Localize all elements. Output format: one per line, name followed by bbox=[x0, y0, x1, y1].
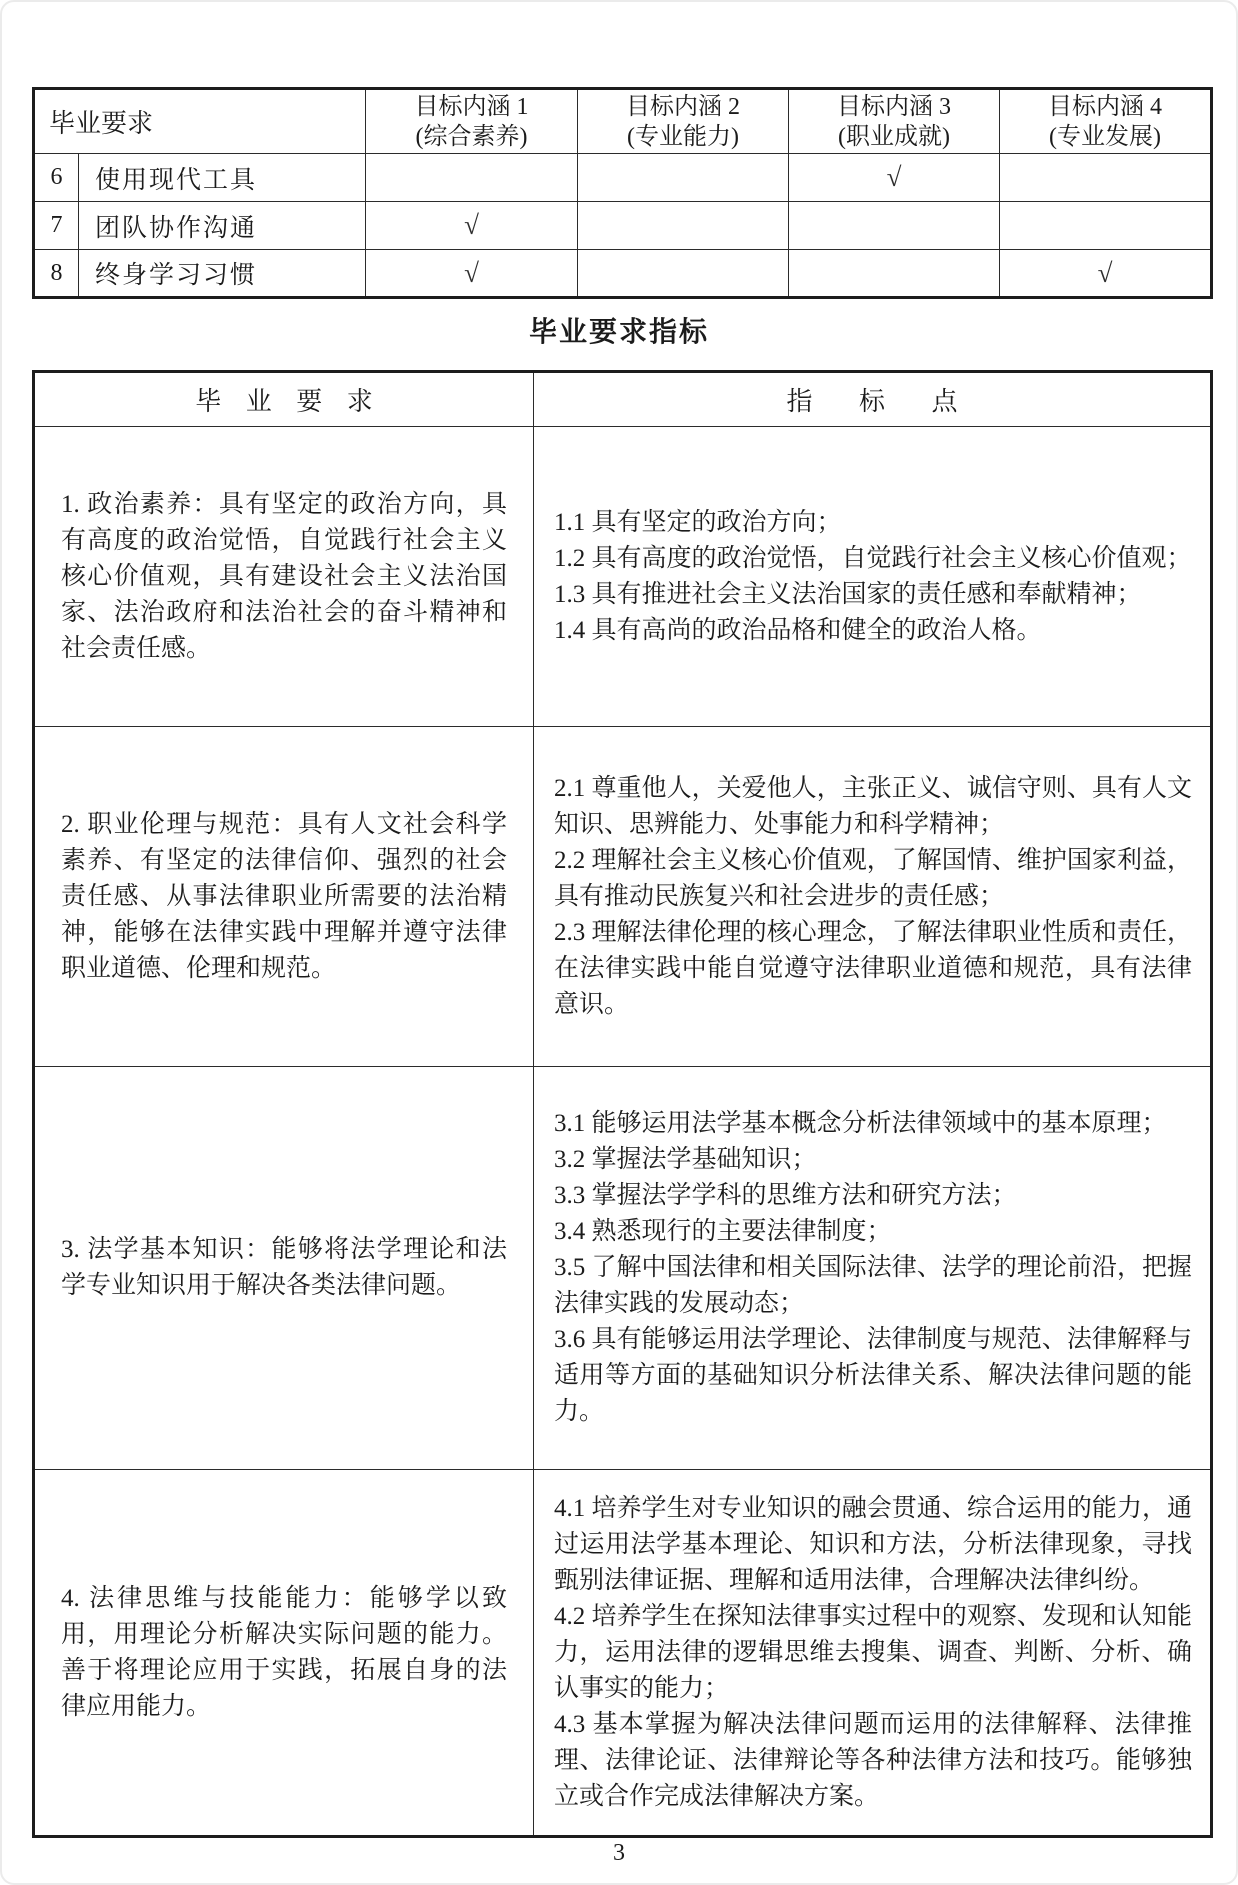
row-number: 8 bbox=[34, 250, 79, 298]
table-row: 4. 法律思维与技能能力：能够学以致用，用理论分析解决实际问题的能力。善于将理论… bbox=[34, 1470, 1212, 1837]
check-cell bbox=[1000, 154, 1212, 202]
requirement-label: 终身学习习惯 bbox=[79, 250, 366, 298]
matrix-row-8: 8 终身学习习惯 √ √ bbox=[34, 250, 1212, 298]
check-cell: √ bbox=[366, 250, 578, 298]
indicator-points: 2.1 尊重他人，关爱他人，主张正义、诚信守则、具有人文知识、思辨能力、处事能力… bbox=[534, 727, 1212, 1067]
goal-title: 目标内涵 3 bbox=[789, 92, 999, 122]
header-requirement: 毕 业 要 求 bbox=[34, 372, 534, 427]
matrix-header-row: 毕业要求 目标内涵 1 (综合素养) 目标内涵 2 (专业能力) 目标内涵 3 … bbox=[34, 89, 1212, 154]
check-cell bbox=[366, 154, 578, 202]
requirement-text: 2. 职业伦理与规范：具有人文社会科学素养、有坚定的法律信仰、强烈的社会责任感、… bbox=[34, 727, 534, 1067]
requirement-text: 1. 政治素养：具有坚定的政治方向，具有高度的政治觉悟，自觉践行社会主义核心价值… bbox=[34, 427, 534, 727]
indicator-item: 3.3 掌握法学学科的思维方法和研究方法； bbox=[554, 1178, 1192, 1214]
section-title: 毕业要求指标 bbox=[2, 310, 1236, 350]
goal-subtitle: (职业成就) bbox=[789, 122, 999, 152]
indicator-header-row: 毕 业 要 求 指 标 点 bbox=[34, 372, 1212, 427]
table-row: 1. 政治素养：具有坚定的政治方向，具有高度的政治觉悟，自觉践行社会主义核心价值… bbox=[34, 427, 1212, 727]
graduation-requirements-matrix-table: 毕业要求 目标内涵 1 (综合素养) 目标内涵 2 (专业能力) 目标内涵 3 … bbox=[32, 87, 1213, 299]
indicator-item: 3.1 能够运用法学基本概念分析法律领域中的基本原理； bbox=[554, 1106, 1192, 1142]
indicator-points: 1.1 具有坚定的政治方向； 1.2 具有高度的政治觉悟，自觉践行社会主义核心价… bbox=[534, 427, 1212, 727]
goal-header-4: 目标内涵 4 (专业发展) bbox=[1000, 89, 1212, 154]
requirement-label: 使用现代工具 bbox=[79, 154, 366, 202]
matrix-corner-cell: 毕业要求 bbox=[34, 89, 366, 154]
check-cell bbox=[578, 154, 789, 202]
goal-subtitle: (专业能力) bbox=[578, 122, 788, 152]
graduation-indicator-table: 毕 业 要 求 指 标 点 1. 政治素养：具有坚定的政治方向，具有高度的政治觉… bbox=[32, 370, 1213, 1838]
goal-subtitle: (综合素养) bbox=[366, 122, 577, 152]
matrix-row-7: 7 团队协作沟通 √ bbox=[34, 202, 1212, 250]
indicator-item: 3.4 熟悉现行的主要法律制度； bbox=[554, 1214, 1192, 1250]
indicator-item: 2.2 理解社会主义核心价值观，了解国情、维护国家利益，具有推动民族复兴和社会进… bbox=[554, 843, 1192, 915]
indicator-item: 1.1 具有坚定的政治方向； bbox=[554, 505, 1192, 541]
indicator-item: 4.2 培养学生在探知法律事实过程中的观察、发现和认知能力，运用法律的逻辑思维去… bbox=[554, 1599, 1192, 1707]
row-number: 6 bbox=[34, 154, 79, 202]
indicator-item: 1.2 具有高度的政治觉悟，自觉践行社会主义核心价值观； bbox=[554, 541, 1192, 577]
goal-title: 目标内涵 2 bbox=[578, 92, 788, 122]
indicator-item: 2.3 理解法律伦理的核心理念，了解法律职业性质和责任，在法律实践中能自觉遵守法… bbox=[554, 915, 1192, 1023]
goal-header-1: 目标内涵 1 (综合素养) bbox=[366, 89, 578, 154]
row-number: 7 bbox=[34, 202, 79, 250]
indicator-points: 4.1 培养学生对专业知识的融会贯通、综合运用的能力，通过运用法学基本理论、知识… bbox=[534, 1470, 1212, 1837]
table-row: 3. 法学基本知识：能够将法学理论和法学专业知识用于解决各类法律问题。 3.1 … bbox=[34, 1067, 1212, 1470]
indicator-item: 4.3 基本掌握为解决法律问题而运用的法律解释、法律推理、法律论证、法律辩论等各… bbox=[554, 1707, 1192, 1815]
indicator-item: 3.5 了解中国法律和相关国际法律、法学的理论前沿，把握法律实践的发展动态； bbox=[554, 1250, 1192, 1322]
header-indicator-points: 指 标 点 bbox=[534, 372, 1212, 427]
indicator-item: 4.1 培养学生对专业知识的融会贯通、综合运用的能力，通过运用法学基本理论、知识… bbox=[554, 1491, 1192, 1599]
indicator-item: 3.2 掌握法学基础知识； bbox=[554, 1142, 1192, 1178]
check-cell: √ bbox=[366, 202, 578, 250]
requirement-text: 3. 法学基本知识：能够将法学理论和法学专业知识用于解决各类法律问题。 bbox=[34, 1067, 534, 1470]
check-cell: √ bbox=[1000, 250, 1212, 298]
check-cell bbox=[578, 250, 789, 298]
goal-header-2: 目标内涵 2 (专业能力) bbox=[578, 89, 789, 154]
goal-title: 目标内涵 4 bbox=[1000, 92, 1210, 122]
document-page: 毕业要求 目标内涵 1 (综合素养) 目标内涵 2 (专业能力) 目标内涵 3 … bbox=[0, 0, 1238, 1885]
indicator-item: 2.1 尊重他人，关爱他人，主张正义、诚信守则、具有人文知识、思辨能力、处事能力… bbox=[554, 771, 1192, 843]
matrix-row-6: 6 使用现代工具 √ bbox=[34, 154, 1212, 202]
check-cell: √ bbox=[789, 154, 1000, 202]
goal-title: 目标内涵 1 bbox=[366, 92, 577, 122]
indicator-item: 3.6 具有能够运用法学理论、法律制度与规范、法律解释与适用等方面的基础知识分析… bbox=[554, 1322, 1192, 1430]
table-row: 2. 职业伦理与规范：具有人文社会科学素养、有坚定的法律信仰、强烈的社会责任感、… bbox=[34, 727, 1212, 1067]
indicator-item: 1.3 具有推进社会主义法治国家的责任感和奉献精神； bbox=[554, 577, 1192, 613]
goal-header-3: 目标内涵 3 (职业成就) bbox=[789, 89, 1000, 154]
indicator-item: 1.4 具有高尚的政治品格和健全的政治人格。 bbox=[554, 613, 1192, 649]
check-cell bbox=[789, 250, 1000, 298]
check-cell bbox=[789, 202, 1000, 250]
check-cell bbox=[1000, 202, 1212, 250]
goal-subtitle: (专业发展) bbox=[1000, 122, 1210, 152]
requirement-label: 团队协作沟通 bbox=[79, 202, 366, 250]
page-number: 3 bbox=[2, 1840, 1236, 1867]
requirement-text: 4. 法律思维与技能能力：能够学以致用，用理论分析解决实际问题的能力。善于将理论… bbox=[34, 1470, 534, 1837]
indicator-points: 3.1 能够运用法学基本概念分析法律领域中的基本原理； 3.2 掌握法学基础知识… bbox=[534, 1067, 1212, 1470]
check-cell bbox=[578, 202, 789, 250]
